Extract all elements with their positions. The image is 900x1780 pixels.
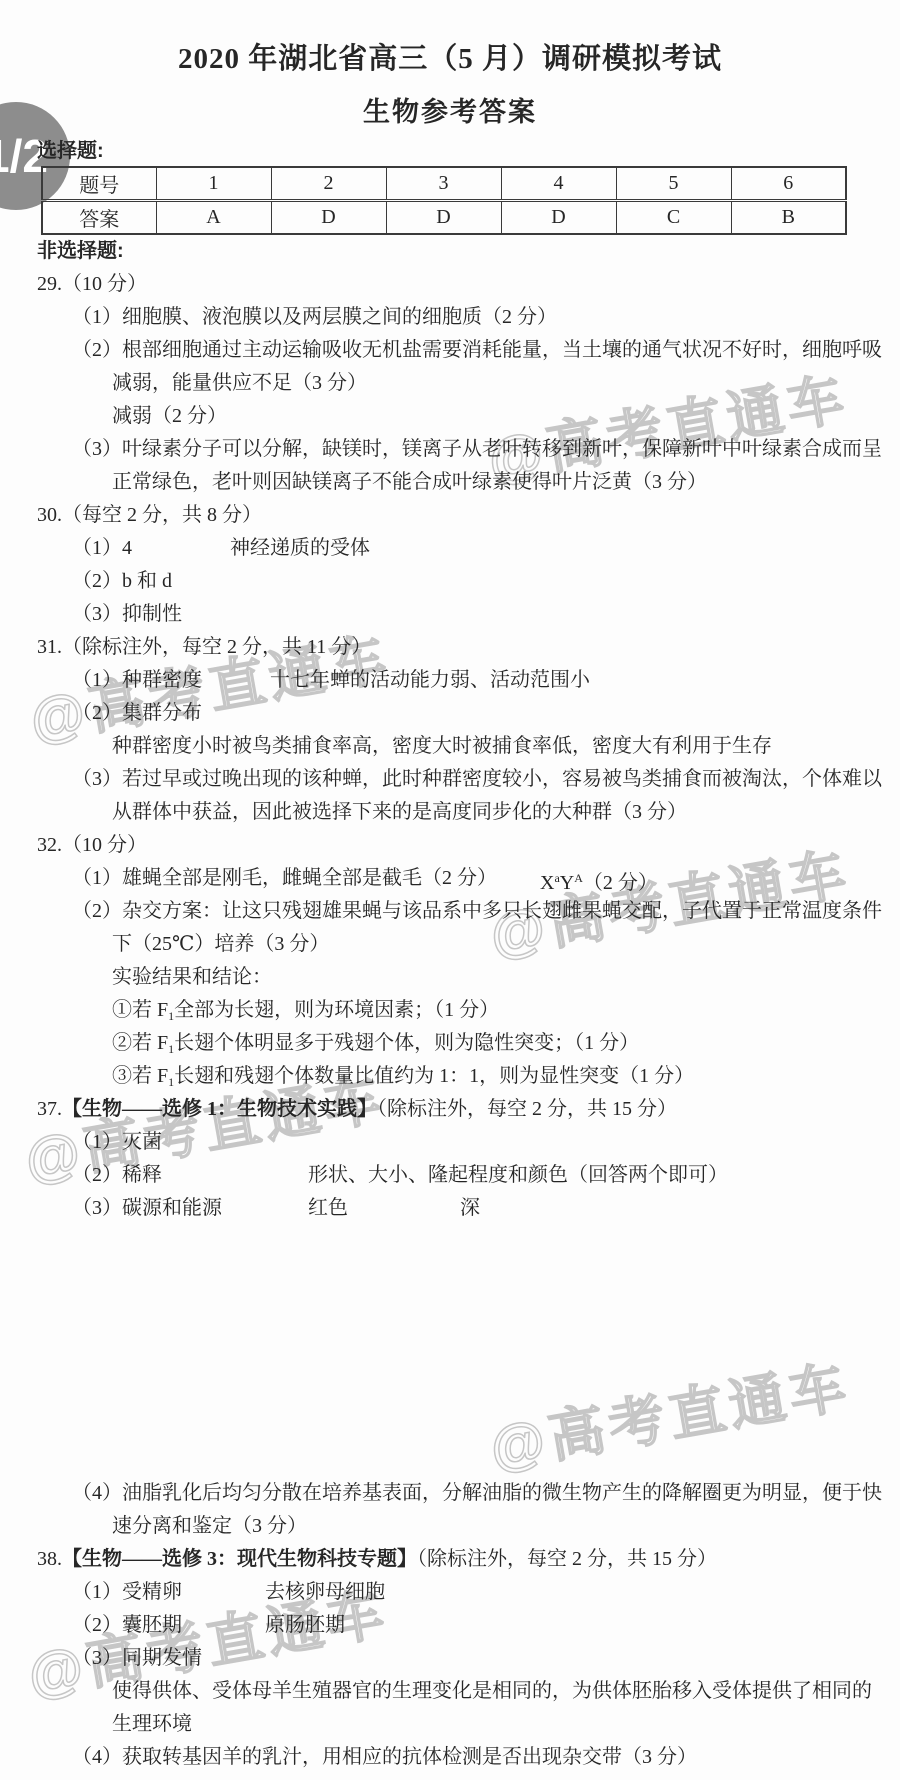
text-run: 正常绿色，老叶则因缺镁离子不能合成叶绿素使得叶片泛黄（3 分） bbox=[112, 471, 707, 493]
answer-line: 从群体中获益，因此被选择下来的是高度同步化的大种群（3 分） bbox=[0, 796, 900, 829]
answer-line: （4）获取转基因羊的乳汁，用相应的抗体检测是否出现杂交带（3 分） bbox=[0, 1741, 900, 1774]
answer-line: （2）囊胚期原肠胚期 bbox=[0, 1609, 900, 1642]
text-run: 37. bbox=[37, 1098, 62, 1120]
answer-line: （1）受精卵去核卵母细胞 bbox=[0, 1576, 900, 1609]
text-run: （4）获取转基因羊的乳汁，用相应的抗体检测是否出现杂交带（3 分） bbox=[72, 1746, 697, 1768]
answer-text: 30.（每空 2 分，共 8 分） bbox=[37, 504, 262, 526]
answer-line: （2）稀释形状、大小、隆起程度和颜色（回答两个即可） bbox=[0, 1159, 900, 1192]
text-run: 32.（10 分） bbox=[37, 834, 147, 856]
answer-text: （3）同期发情 bbox=[72, 1647, 202, 1669]
answer-lines: 非选择题:29.（10 分）（1）细胞膜、液泡膜以及两层膜之间的细胞质（2 分）… bbox=[0, 235, 900, 1774]
answer-text: （除标注外，每空 2 分，共 15 分） bbox=[377, 1098, 677, 1120]
text-run: （3）若过早或过晚出现的该种蝉，此时种群密度较小，容易被鸟类捕食而被淘汰，个体难… bbox=[72, 768, 882, 790]
text-run: 全部为长翅，则为环境因素；（1 分） bbox=[174, 999, 499, 1021]
choice-answer-table: 题号 1 2 3 4 5 6 答案 A D D D C B bbox=[41, 166, 847, 235]
answer-text: 速分离和鉴定（3 分） bbox=[112, 1515, 307, 1537]
text-run: Y bbox=[560, 872, 574, 894]
answer-line: （2）b 和 d bbox=[0, 565, 900, 598]
question-number-cell: 3 bbox=[386, 167, 501, 201]
text-run: 长翅个体明显多于残翅个体，则为隐性突变；（1 分） bbox=[174, 1032, 639, 1054]
text-run: 种群密度小时被鸟类捕食率高，密度大时被捕食率低，密度大有利用于生存 bbox=[112, 735, 772, 757]
section-gap bbox=[0, 1225, 900, 1477]
text-run: 38. bbox=[37, 1548, 62, 1570]
answer-line: （2）集群分布 bbox=[0, 697, 900, 730]
answer-text: 31.（除标注外，每空 2 分，共 11 分） bbox=[37, 636, 371, 658]
answer-line: 减弱，能量供应不足（3 分） bbox=[0, 367, 900, 400]
answer-line: ③若 F1长翅和残翅个体数量比值约为 1：1，则为显性突变（1 分） bbox=[0, 1060, 900, 1093]
answer-text: （4）获取转基因羊的乳汁，用相应的抗体检测是否出现杂交带（3 分） bbox=[72, 1746, 697, 1768]
text-run: 十七年蝉的活动能力弱、活动范围小 bbox=[270, 669, 590, 691]
answer-text: （2）b 和 d bbox=[72, 570, 172, 592]
answer-text: 【生物——选修 1：生物技术实践】 bbox=[62, 1098, 377, 1120]
answer-text: 29.（10 分） bbox=[37, 273, 147, 295]
answer-text: （1）雄蝇全部是刚毛，雌蝇全部是截毛（2 分） bbox=[72, 867, 497, 889]
answer-text: （3）抑制性 bbox=[72, 603, 182, 625]
question-number-header: 题号 bbox=[42, 167, 156, 201]
answer-text: 十七年蝉的活动能力弱、活动范围小 bbox=[270, 664, 590, 697]
answer-text: 种群密度小时被鸟类捕食率高，密度大时被捕食率低，密度大有利用于生存 bbox=[112, 735, 772, 757]
answer-cell: D bbox=[271, 201, 386, 235]
text-run: 减弱（2 分） bbox=[112, 405, 227, 427]
answer-line: 32.（10 分） bbox=[0, 829, 900, 862]
answer-line: 31.（除标注外，每空 2 分，共 11 分） bbox=[0, 631, 900, 664]
answer-text: 形状、大小、隆起程度和颜色（回答两个即可） bbox=[308, 1159, 728, 1192]
text-run: 非选择题: bbox=[37, 240, 124, 262]
choice-section-label: 选择题: bbox=[37, 134, 104, 163]
text-run: ②若 F bbox=[112, 1032, 168, 1054]
text-run: 长翅和残翅个体数量比值约为 1：1，则为显性突变（1 分） bbox=[174, 1065, 694, 1087]
answer-text: （1）受精卵 bbox=[72, 1581, 182, 1603]
text-run: （1）雄蝇全部是刚毛，雌蝇全部是截毛（2 分） bbox=[72, 867, 497, 889]
answer-line: 30.（每空 2 分，共 8 分） bbox=[0, 499, 900, 532]
question-number-cell: 1 bbox=[156, 167, 271, 201]
answer-line: 37.【生物——选修 1：生物技术实践】（除标注外，每空 2 分，共 15 分） bbox=[0, 1093, 900, 1126]
answer-text: ②若 F1长翅个体明显多于残翅个体，则为隐性突变；（1 分） bbox=[112, 1032, 639, 1054]
text-run: （4）油脂乳化后均匀分散在培养基表面，分解油脂的微生物产生的降解圈更为明显，便于… bbox=[72, 1482, 882, 1504]
answer-line: （2）杂交方案：让这只残翅雄果蝇与该品系中多只长翅雌果蝇交配，子代置于正常温度条… bbox=[0, 895, 900, 928]
table-row: 题号 1 2 3 4 5 6 bbox=[42, 167, 846, 201]
answer-text: （2）根部细胞通过主动运输吸收无机盐需要消耗能量，当土壤的通气状况不好时，细胞呼… bbox=[72, 339, 882, 361]
answer-line: （1）种群密度十七年蝉的活动能力弱、活动范围小 bbox=[0, 664, 900, 697]
text-run: （2）根部细胞通过主动运输吸收无机盐需要消耗能量，当土壤的通气状况不好时，细胞呼… bbox=[72, 339, 882, 361]
answer-text: 去核卵母细胞 bbox=[265, 1576, 385, 1609]
answer-text: （1）灭菌 bbox=[72, 1131, 162, 1153]
answer-text: （2）稀释 bbox=[72, 1164, 162, 1186]
answer-text: 深 bbox=[460, 1192, 480, 1225]
text-run: （2 分） bbox=[583, 872, 658, 894]
answer-text: （2）杂交方案：让这只残翅雄果蝇与该品系中多只长翅雌果蝇交配，子代置于正常温度条… bbox=[72, 900, 882, 922]
answer-text: （除标注外，每空 2 分，共 15 分） bbox=[417, 1548, 717, 1570]
answer-line: （1）灭菌 bbox=[0, 1126, 900, 1159]
text-run: （1）种群密度 bbox=[72, 669, 202, 691]
text-run: ①若 F bbox=[112, 999, 168, 1021]
answer-line: 速分离和鉴定（3 分） bbox=[0, 1510, 900, 1543]
answer-line: （1）细胞膜、液泡膜以及两层膜之间的细胞质（2 分） bbox=[0, 301, 900, 334]
text-run: （2）杂交方案：让这只残翅雄果蝇与该品系中多只长翅雌果蝇交配，子代置于正常温度条… bbox=[72, 900, 882, 922]
text-run: 去核卵母细胞 bbox=[265, 1581, 385, 1603]
question-number-cell: 2 bbox=[271, 167, 386, 201]
answer-header: 答案 bbox=[42, 201, 156, 235]
answer-text: （4）油脂乳化后均匀分散在培养基表面，分解油脂的微生物产生的降解圈更为明显，便于… bbox=[72, 1482, 882, 1504]
answer-text: 使得供体、受体母羊生殖器官的生理变化是相同的，为供体胚胎移入受体提供了相同的 bbox=[112, 1680, 872, 1702]
text-run: 红色 bbox=[308, 1197, 348, 1219]
text-run: （3）同期发情 bbox=[72, 1647, 202, 1669]
answer-text: （3）碳源和能源 bbox=[72, 1197, 222, 1219]
answer-text: 正常绿色，老叶则因缺镁离子不能合成叶绿素使得叶片泛黄（3 分） bbox=[112, 471, 707, 493]
text-run: （2）集群分布 bbox=[72, 702, 202, 724]
text-run: 神经递质的受体 bbox=[230, 537, 370, 559]
answer-text: （1）种群密度 bbox=[72, 669, 202, 691]
text-run: （1）细胞膜、液泡膜以及两层膜之间的细胞质（2 分） bbox=[72, 306, 557, 328]
answer-line: 非选择题: bbox=[0, 235, 900, 268]
answer-text: 38. bbox=[37, 1548, 62, 1570]
answer-cell: C bbox=[616, 201, 731, 235]
text-run: （2）b 和 d bbox=[72, 570, 172, 592]
text-run: X bbox=[540, 872, 554, 894]
question-number-cell: 6 bbox=[731, 167, 846, 201]
answer-line: （1）4神经递质的受体 bbox=[0, 532, 900, 565]
text-run: 31.（除标注外，每空 2 分，共 11 分） bbox=[37, 636, 371, 658]
answer-line: 38.【生物——选修 3：现代生物科技专题】（除标注外，每空 2 分，共 15 … bbox=[0, 1543, 900, 1576]
answer-cell: D bbox=[501, 201, 616, 235]
answer-text: 非选择题: bbox=[37, 240, 124, 262]
text-run: 生理环境 bbox=[112, 1713, 192, 1735]
text-run: （除标注外，每空 2 分，共 15 分） bbox=[377, 1098, 677, 1120]
answer-line: （1）雄蝇全部是刚毛，雌蝇全部是截毛（2 分）XaYA（2 分） bbox=[0, 862, 900, 895]
text-run: （除标注外，每空 2 分，共 15 分） bbox=[417, 1548, 717, 1570]
answer-text: 下（25℃）培养（3 分） bbox=[112, 933, 329, 955]
answer-text: 红色 bbox=[308, 1192, 348, 1225]
text-run: 下（25℃）培养（3 分） bbox=[112, 933, 329, 955]
answer-text: 神经递质的受体 bbox=[230, 532, 370, 565]
answer-text: （2）集群分布 bbox=[72, 702, 202, 724]
answer-text: ①若 F1全部为长翅，则为环境因素；（1 分） bbox=[112, 999, 499, 1021]
answer-text: （3）若过早或过晚出现的该种蝉，此时种群密度较小，容易被鸟类捕食而被淘汰，个体难… bbox=[72, 768, 882, 790]
answer-line: （3）抑制性 bbox=[0, 598, 900, 631]
answer-line: （3）同期发情 bbox=[0, 1642, 900, 1675]
question-number-cell: 4 bbox=[501, 167, 616, 201]
text-run: 30.（每空 2 分，共 8 分） bbox=[37, 504, 262, 526]
answer-cell: A bbox=[156, 201, 271, 235]
answer-line: （3）若过早或过晚出现的该种蝉，此时种群密度较小，容易被鸟类捕食而被淘汰，个体难… bbox=[0, 763, 900, 796]
answer-line: 种群密度小时被鸟类捕食率高，密度大时被捕食率低，密度大有利用于生存 bbox=[0, 730, 900, 763]
answer-text: 减弱（2 分） bbox=[112, 405, 227, 427]
answer-line: ②若 F1长翅个体明显多于残翅个体，则为隐性突变；（1 分） bbox=[0, 1027, 900, 1060]
text-run: 深 bbox=[460, 1197, 480, 1219]
answer-text: （1）细胞膜、液泡膜以及两层膜之间的细胞质（2 分） bbox=[72, 306, 557, 328]
answer-text: 实验结果和结论： bbox=[112, 966, 272, 988]
text-run: （2）囊胚期 bbox=[72, 1614, 182, 1636]
answer-text: （1）4 bbox=[72, 537, 132, 559]
answer-text: 生理环境 bbox=[112, 1713, 192, 1735]
text-run: 【生物——选修 3：现代生物科技专题】 bbox=[62, 1548, 417, 1570]
answer-text: 从群体中获益，因此被选择下来的是高度同步化的大种群（3 分） bbox=[112, 801, 687, 823]
answer-text: 32.（10 分） bbox=[37, 834, 147, 856]
answer-text: 【生物——选修 3：现代生物科技专题】 bbox=[62, 1548, 417, 1570]
superscript-text: A bbox=[574, 871, 583, 885]
answer-line: 实验结果和结论： bbox=[0, 961, 900, 994]
answer-line: 减弱（2 分） bbox=[0, 400, 900, 433]
text-run: 形状、大小、隆起程度和颜色（回答两个即可） bbox=[308, 1164, 728, 1186]
text-run: （1）受精卵 bbox=[72, 1581, 182, 1603]
answer-line: 使得供体、受体母羊生殖器官的生理变化是相同的，为供体胚胎移入受体提供了相同的 bbox=[0, 1675, 900, 1708]
text-run: （2）稀释 bbox=[72, 1164, 162, 1186]
answer-text: 原肠胚期 bbox=[265, 1609, 345, 1642]
answer-line: ①若 F1全部为长翅，则为环境因素；（1 分） bbox=[0, 994, 900, 1027]
answer-sheet-page: @高考直通车 @高考直通车 @高考直通车 @高考直通车 @高考直通车 @高考直通… bbox=[0, 0, 900, 1780]
answer-text: 37. bbox=[37, 1098, 62, 1120]
text-run: 【生物——选修 1：生物技术实践】 bbox=[62, 1098, 377, 1120]
answer-text: （3）叶绿素分子可以分解，缺镁时，镁离子从老叶转移到新叶，保障新叶中叶绿素合成而… bbox=[72, 438, 882, 460]
answer-line: 生理环境 bbox=[0, 1708, 900, 1741]
text-run: 使得供体、受体母羊生殖器官的生理变化是相同的，为供体胚胎移入受体提供了相同的 bbox=[112, 1680, 872, 1702]
page-subtitle: 生物参考答案 bbox=[0, 90, 900, 129]
table-row: 答案 A D D D C B bbox=[42, 201, 846, 235]
answer-line: （2）根部细胞通过主动运输吸收无机盐需要消耗能量，当土壤的通气状况不好时，细胞呼… bbox=[0, 334, 900, 367]
text-run: 速分离和鉴定（3 分） bbox=[112, 1515, 307, 1537]
answer-text: ③若 F1长翅和残翅个体数量比值约为 1：1，则为显性突变（1 分） bbox=[112, 1065, 694, 1087]
text-run: （3）叶绿素分子可以分解，缺镁时，镁离子从老叶转移到新叶，保障新叶中叶绿素合成而… bbox=[72, 438, 882, 460]
answer-line: 29.（10 分） bbox=[0, 268, 900, 301]
text-run: （1）4 bbox=[72, 537, 132, 559]
answer-line: 正常绿色，老叶则因缺镁离子不能合成叶绿素使得叶片泛黄（3 分） bbox=[0, 466, 900, 499]
text-run: 从群体中获益，因此被选择下来的是高度同步化的大种群（3 分） bbox=[112, 801, 687, 823]
answer-cell: B bbox=[731, 201, 846, 235]
text-run: 实验结果和结论： bbox=[112, 966, 272, 988]
answer-line: 下（25℃）培养（3 分） bbox=[0, 928, 900, 961]
text-run: 减弱，能量供应不足（3 分） bbox=[112, 372, 367, 394]
answer-cell: D bbox=[386, 201, 501, 235]
text-run: （1）灭菌 bbox=[72, 1131, 162, 1153]
text-run: （3）抑制性 bbox=[72, 603, 182, 625]
answer-text: 减弱，能量供应不足（3 分） bbox=[112, 372, 367, 394]
text-run: ③若 F bbox=[112, 1065, 168, 1087]
text-run: 29.（10 分） bbox=[37, 273, 147, 295]
answer-line: （4）油脂乳化后均匀分散在培养基表面，分解油脂的微生物产生的降解圈更为明显，便于… bbox=[0, 1477, 900, 1510]
answer-line: （3）碳源和能源红色深 bbox=[0, 1192, 900, 1225]
question-number-cell: 5 bbox=[616, 167, 731, 201]
page-title: 2020 年湖北省高三（5 月）调研模拟考试 bbox=[0, 36, 900, 77]
answer-line: （3）叶绿素分子可以分解，缺镁时，镁离子从老叶转移到新叶，保障新叶中叶绿素合成而… bbox=[0, 433, 900, 466]
text-run: 原肠胚期 bbox=[265, 1614, 345, 1636]
text-run: （3）碳源和能源 bbox=[72, 1197, 222, 1219]
answer-text: （2）囊胚期 bbox=[72, 1614, 182, 1636]
